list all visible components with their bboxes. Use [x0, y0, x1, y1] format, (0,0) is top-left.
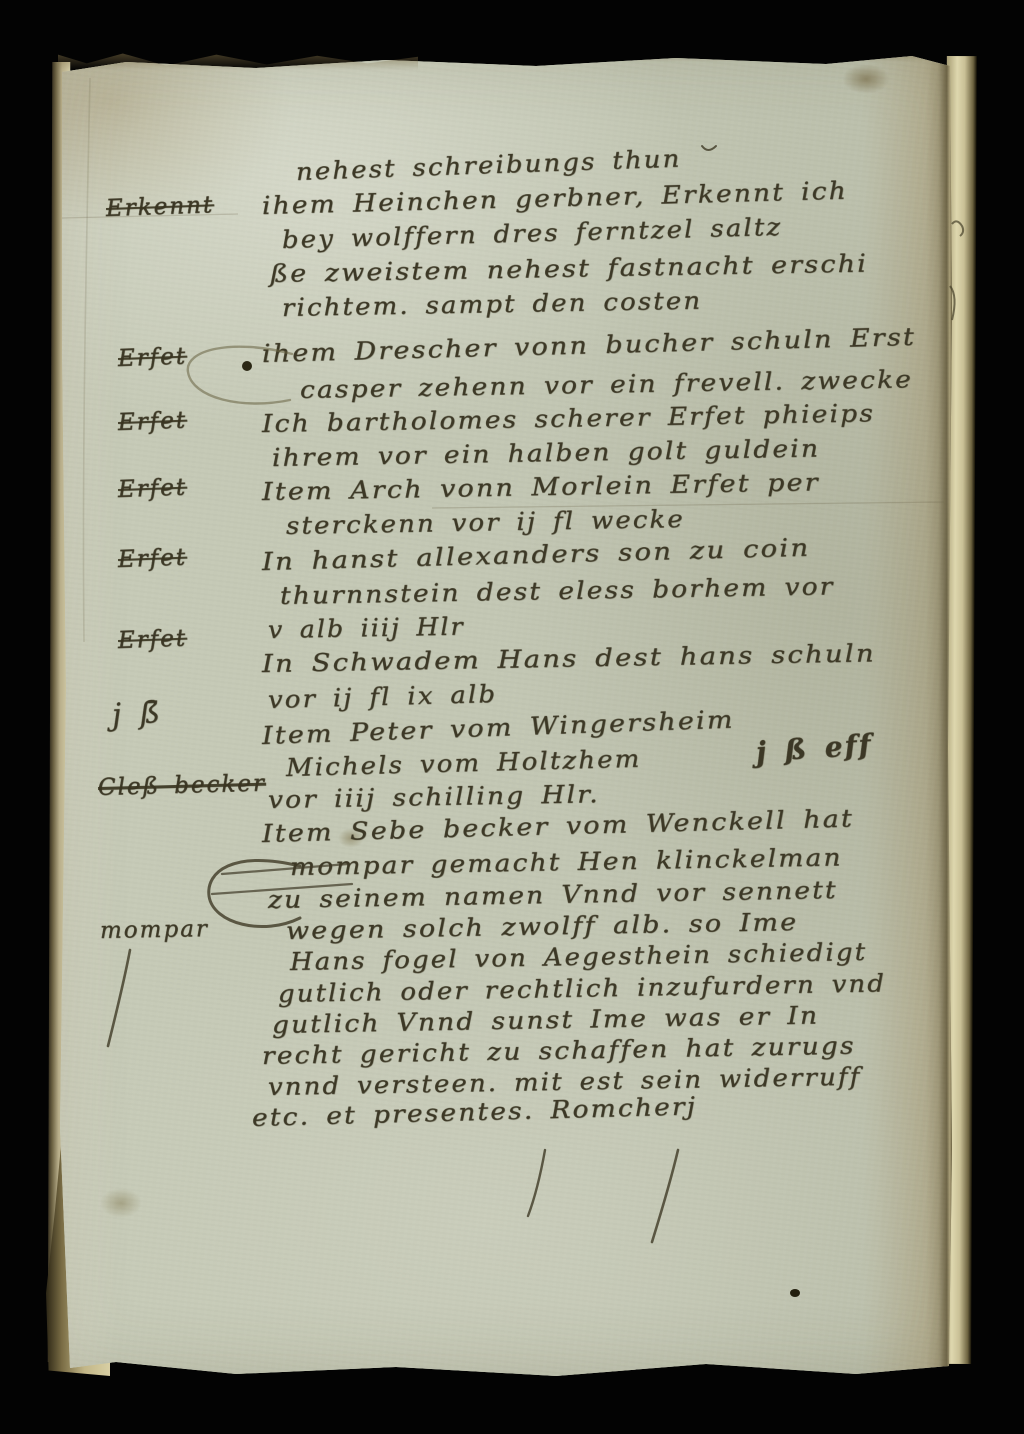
manuscript-line: vor ij fl ix alb: [268, 680, 498, 714]
manuscript-photo: Erkennt Erfet Erfet Erfet Erfet Erfet j …: [0, 0, 1024, 1434]
margin-note: Erfet: [118, 344, 188, 372]
margin-note: mompar: [100, 916, 209, 944]
margin-note: Erfet: [118, 475, 188, 503]
margin-note-amount: j ß̄: [111, 695, 163, 733]
manuscript-line: v alb iiij Hlr: [268, 613, 465, 644]
manuscript-line: vor iiij schilling Hlr.: [268, 780, 600, 814]
margin-note: Erfet: [118, 626, 188, 654]
margin-note: Erfet: [118, 408, 188, 436]
deckle-edge-top: [58, 48, 418, 70]
margin-note: Erkennt: [106, 192, 215, 222]
margin-note: Cleß becker: [98, 771, 267, 801]
margin-note: Erfet: [118, 545, 188, 573]
